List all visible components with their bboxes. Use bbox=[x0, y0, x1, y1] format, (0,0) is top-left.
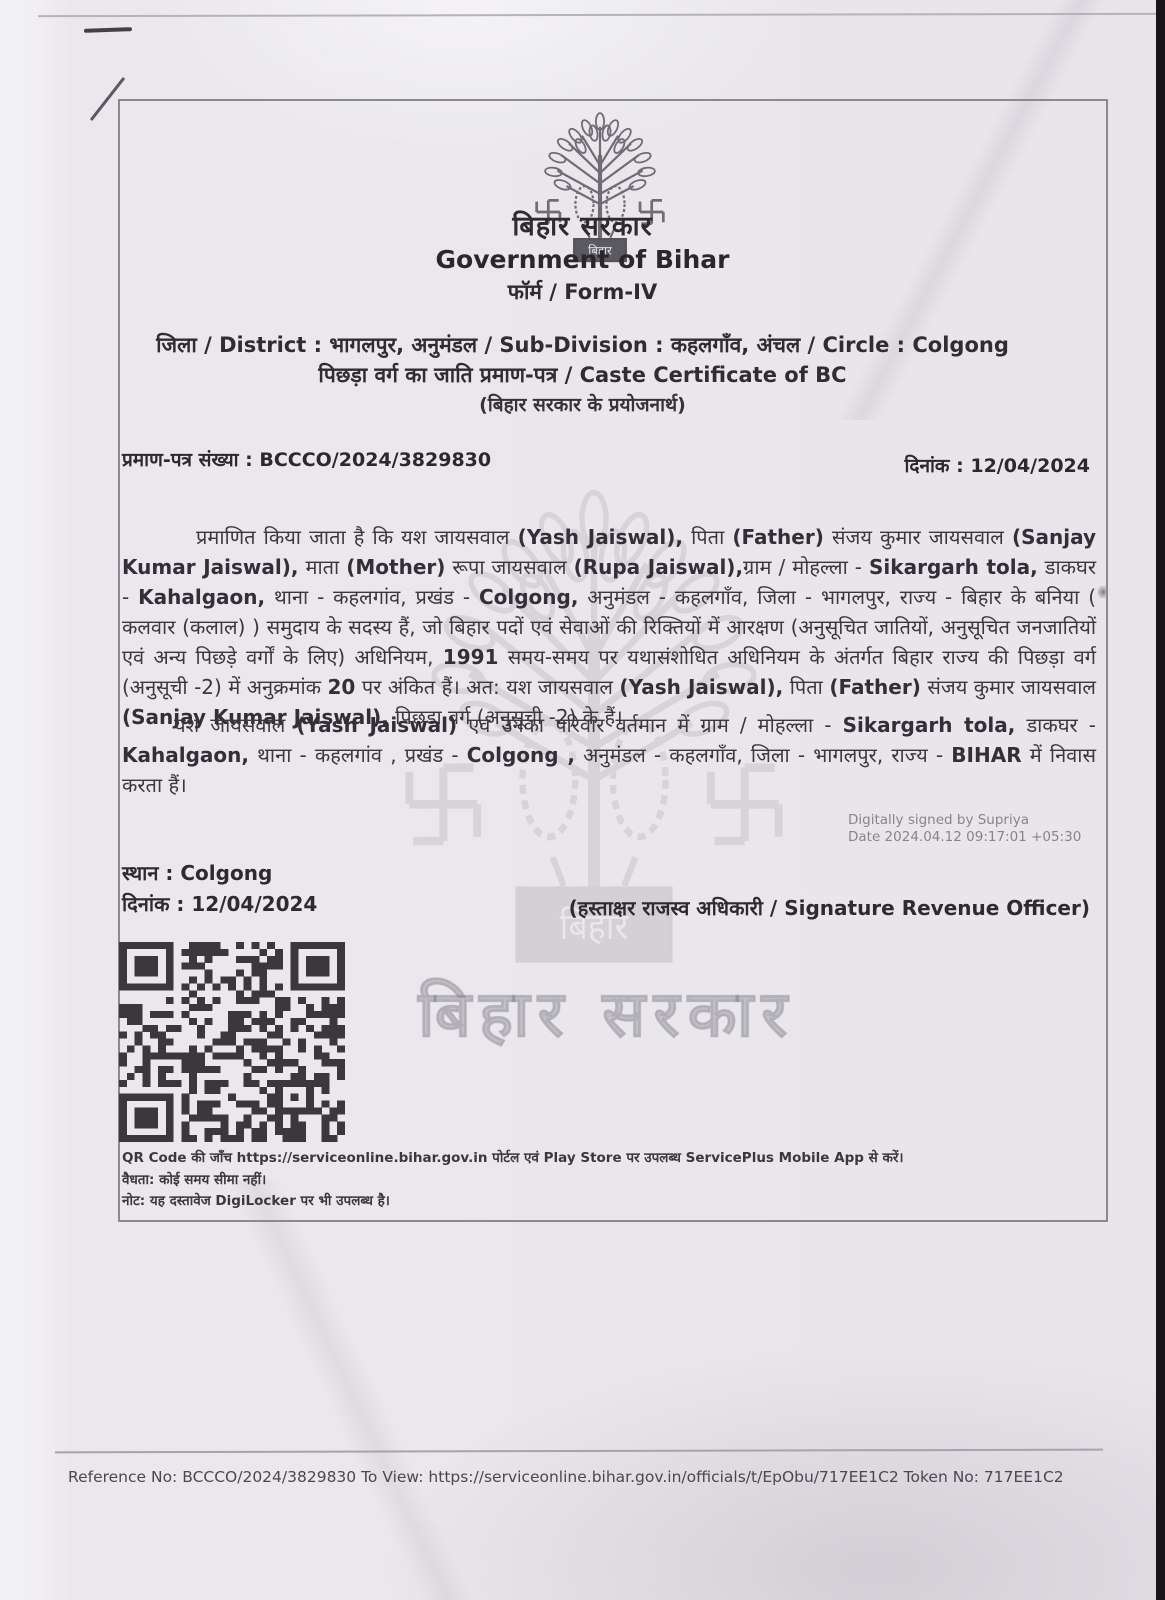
signature-date-value: 12/04/2024 bbox=[191, 892, 317, 916]
qr-note-1: QR Code की जाँच https://serviceonline.bi… bbox=[122, 1148, 903, 1170]
signature-date-label: दिनांक : bbox=[122, 892, 191, 916]
reference-number-line: Reference No: BCCCO/2024/3829830 To View… bbox=[68, 1468, 1064, 1486]
qr-notes-block: QR Code की जाँच https://serviceonline.bi… bbox=[122, 1148, 903, 1213]
form-number-line: फॉर्म / Form-IV bbox=[0, 278, 1165, 306]
government-name-hindi: बिहार सरकार bbox=[0, 206, 1165, 243]
certificate-body-paragraph-1: प्रमाणित किया जाता है कि यश जायसवाल (Yas… bbox=[122, 522, 1096, 732]
certificate-number-value: BCCCO/2024/3829830 bbox=[259, 449, 491, 471]
certificate-number-row: प्रमाण-पत्र संख्या : BCCCO/2024/3829830 bbox=[122, 446, 491, 472]
government-name-english: Government of Bihar bbox=[0, 245, 1165, 274]
certificate-title-line: पिछड़ा वर्ग का जाति प्रमाण-पत्र / Caste … bbox=[0, 361, 1165, 389]
date-row: दिनांक : 12/04/2024 bbox=[122, 889, 317, 920]
qr-note-3: नोट: यह दस्तावेज DigiLocker पर भी उपलब्ध… bbox=[122, 1191, 903, 1213]
paper-crease bbox=[0, 1180, 700, 1600]
pen-mark-dash bbox=[84, 27, 132, 33]
district-subdivision-circle-line: जिला / District : भागलपुर, अनुमंडल / Sub… bbox=[0, 331, 1165, 359]
footer-divider bbox=[55, 1449, 1103, 1454]
place-row: स्थान : Colgong bbox=[122, 858, 317, 889]
place-value: Colgong bbox=[180, 861, 272, 885]
qr-code bbox=[119, 942, 345, 1142]
scanned-certificate-page: बिहार सरकार बिहार सरकार Government of Bi… bbox=[0, 0, 1165, 1600]
place-label: स्थान : bbox=[122, 861, 180, 885]
scan-edge-line bbox=[38, 13, 1156, 17]
digital-signature-note: Digitally signed by Supriya Date 2024.04… bbox=[848, 812, 1081, 846]
revenue-officer-signature-line: (हस्ताक्षर राजस्व अधिकारी / Signature Re… bbox=[400, 894, 1090, 921]
qr-note-2: वैधता: कोई समय सीमा नहीं। bbox=[122, 1170, 903, 1192]
certificate-date-label: दिनांक : bbox=[904, 455, 970, 477]
place-date-block: स्थान : Colgong दिनांक : 12/04/2024 bbox=[122, 858, 317, 920]
digital-signature-line2: Date 2024.04.12 09:17:01 +05:30 bbox=[848, 829, 1081, 846]
certificate-number-label: प्रमाण-पत्र संख्या : bbox=[122, 449, 259, 471]
certificate-date-value: 12/04/2024 bbox=[970, 455, 1090, 477]
purpose-line: (बिहार सरकार के प्रयोजनार्थ) bbox=[0, 391, 1165, 417]
digital-signature-line1: Digitally signed by Supriya bbox=[848, 812, 1081, 829]
certificate-body-paragraph-2: यश जायसवाल (Yash Jaiswal) एवं उनका परिवा… bbox=[122, 710, 1096, 800]
certificate-date-row: दिनांक : 12/04/2024 bbox=[780, 452, 1090, 478]
